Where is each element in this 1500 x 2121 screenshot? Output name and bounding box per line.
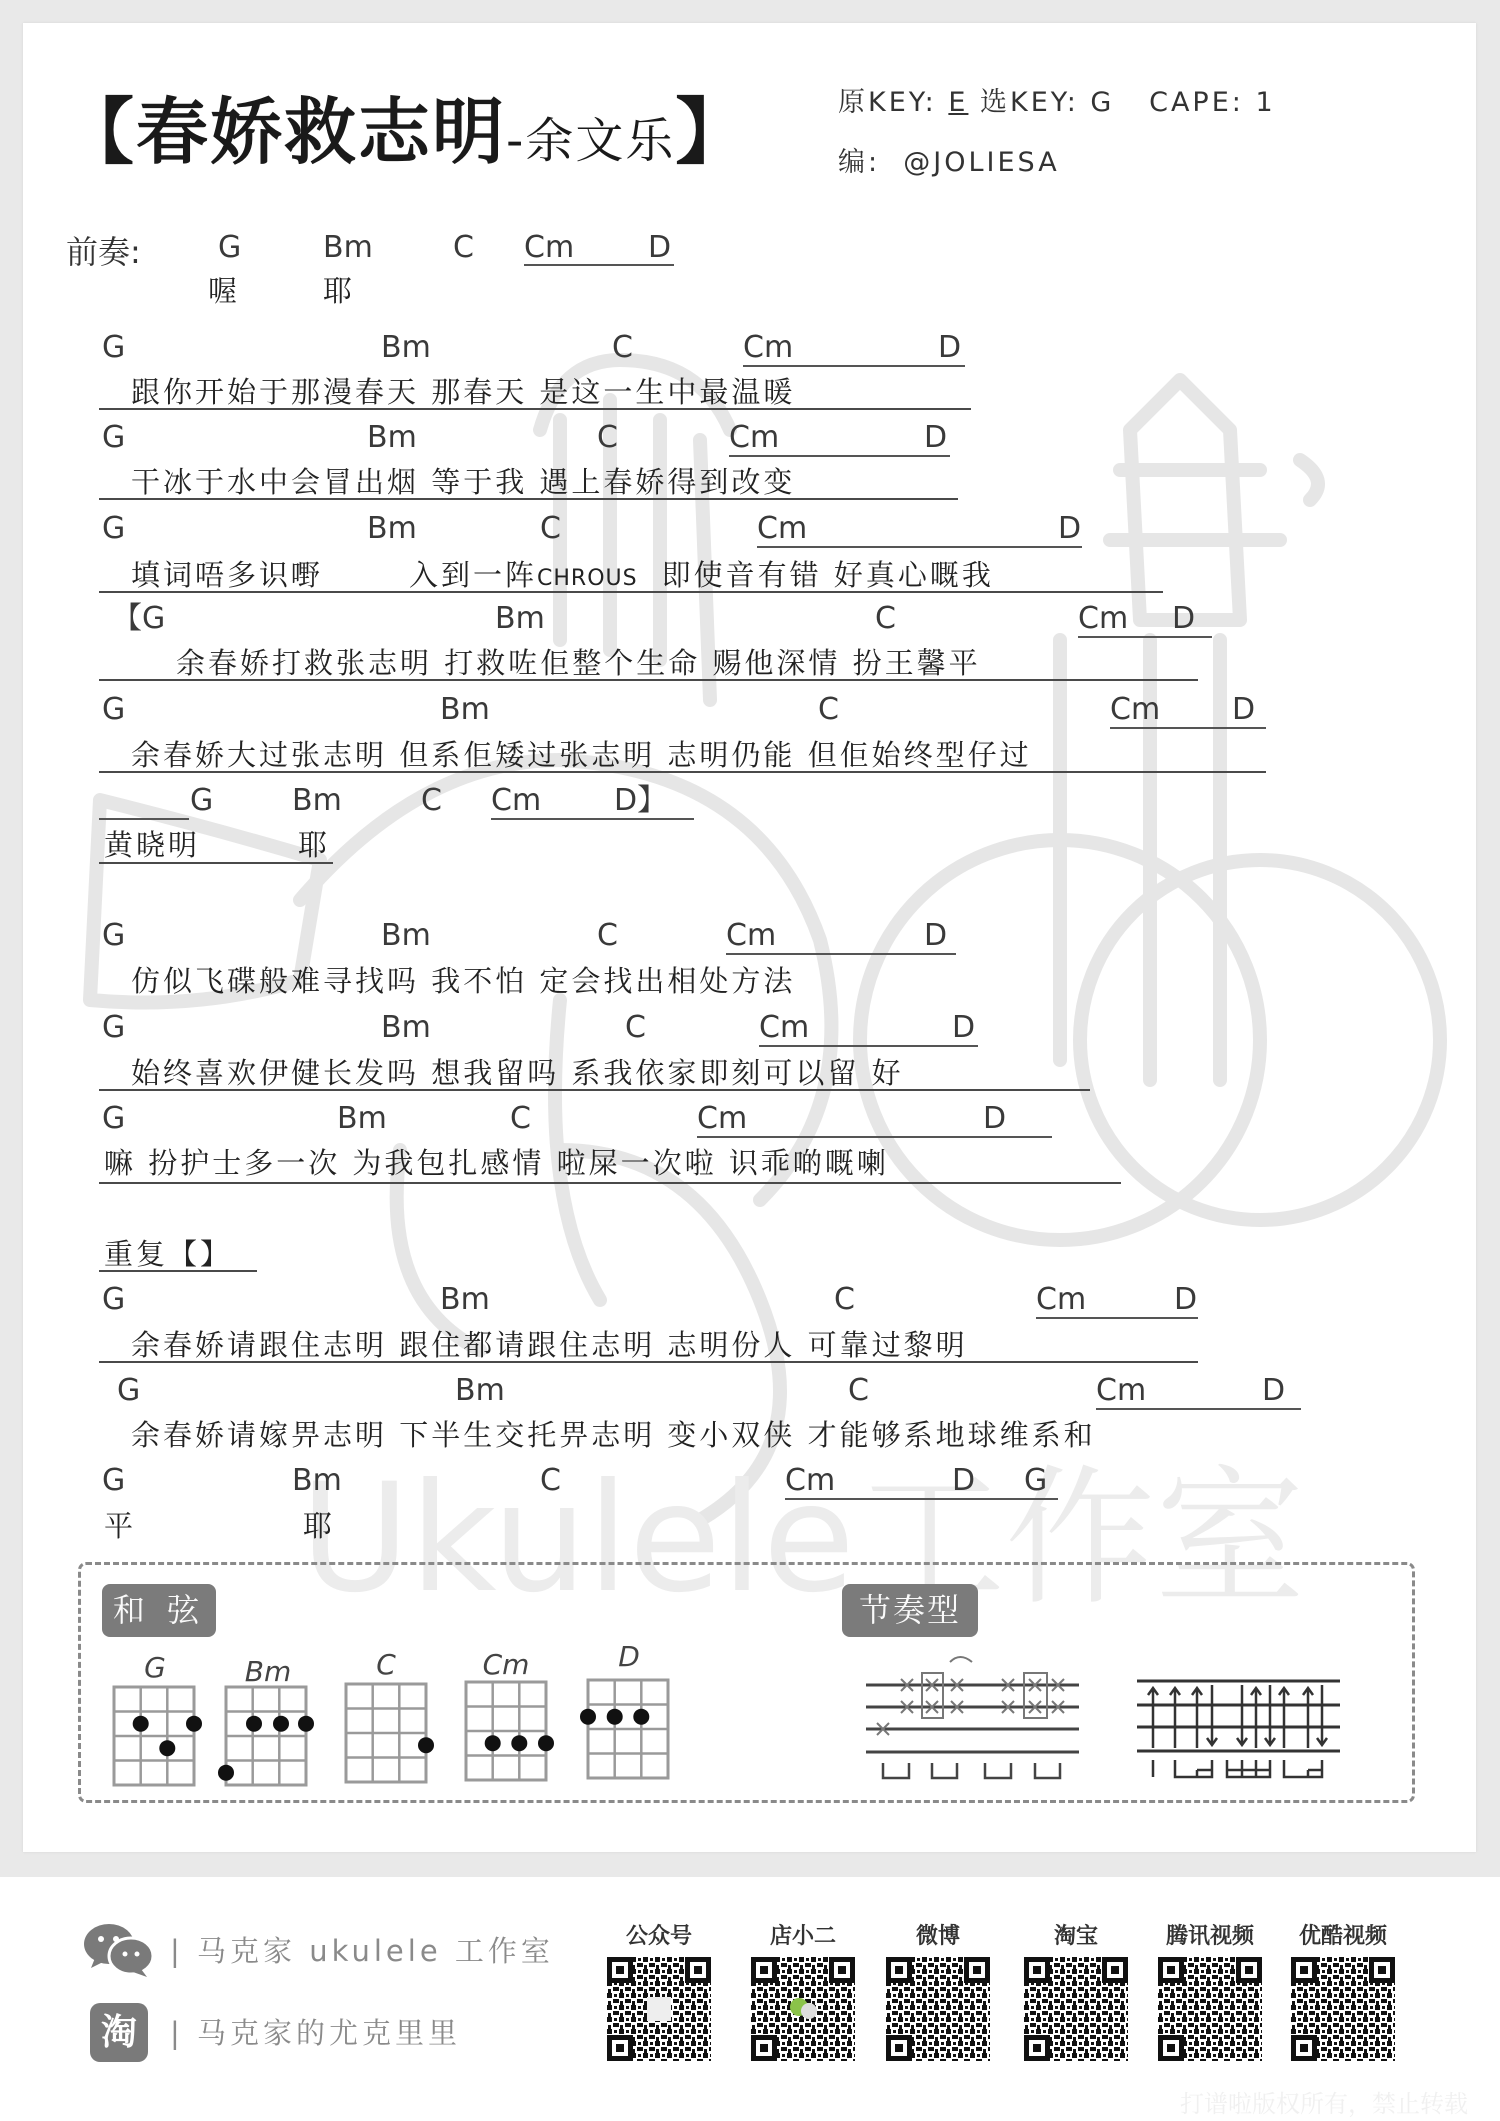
- qr-code-youku-video: [1291, 1957, 1395, 2061]
- qr-code-shop-assistant: [751, 1957, 855, 2061]
- qr-code-taobao: [1024, 1957, 1128, 2061]
- qr-label-taobao: 淘宝: [1016, 1919, 1136, 1950]
- strumming-pattern: [1137, 1681, 1340, 1777]
- chord-diagram-g: [114, 1687, 202, 1785]
- fingerpicking-pattern: [866, 1657, 1079, 1778]
- chord-diagram-bm: [218, 1687, 314, 1785]
- qr-label-tencent-video: 腾讯视频: [1150, 1919, 1270, 1950]
- qr-label-weibo: 微博: [878, 1919, 998, 1950]
- qr-codes: [0, 1950, 1500, 2070]
- qr-code-tencent-video: [1158, 1957, 1262, 2061]
- chord-diagrams: [0, 0, 1500, 1877]
- chord-diagram-cm: [466, 1682, 554, 1780]
- qr-label-youku-video: 优酷视频: [1283, 1919, 1403, 1950]
- copyright-watermark: 打谱啦版权所有，禁止转载: [1180, 2084, 1468, 2119]
- chord-diagram-c: [346, 1684, 434, 1782]
- qr-code-weibo: [886, 1957, 990, 2061]
- qr-code-wechat-official: [607, 1957, 711, 2061]
- qr-label-wechat-official: 公众号: [599, 1919, 719, 1950]
- qr-label-shop-assistant: 店小二: [743, 1919, 863, 1950]
- chord-diagram-d: [580, 1680, 668, 1778]
